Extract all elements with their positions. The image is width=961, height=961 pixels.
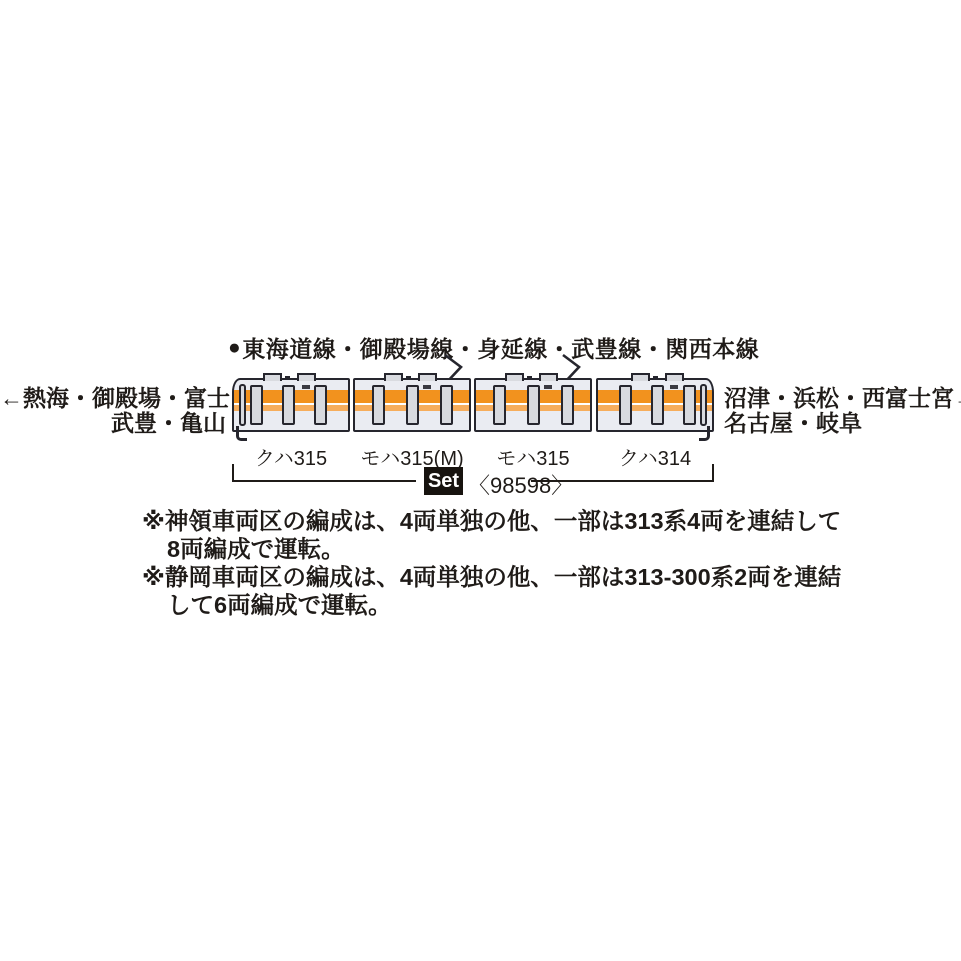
destinations-right-line1: 沼津・浜松・西富士宮→ (724, 386, 961, 411)
train-car-moha315m (353, 378, 471, 432)
train-car-kuha315 (232, 378, 350, 432)
door (282, 385, 295, 425)
roof-equipment (527, 376, 532, 380)
roof-equipment (406, 376, 411, 380)
car-label: クハ315 (230, 442, 352, 471)
car-label: モハ315 (472, 442, 594, 471)
car-label: クハ314 (594, 442, 716, 471)
roof-vent (384, 373, 403, 381)
destinations-right-line2: 名古屋・岐阜 (724, 411, 961, 436)
door (440, 385, 453, 425)
door (527, 385, 540, 425)
bullet-icon: ● (228, 336, 241, 360)
door (619, 385, 632, 425)
note-line: ※静岡車両区の編成は、4両単独の他、一部は313-300系2両を連結 (142, 563, 841, 591)
door (406, 385, 419, 425)
door (651, 385, 664, 425)
bracket-tick-right (712, 464, 714, 481)
roof-vent (418, 373, 437, 381)
note-line: ※神領車両区の編成は、4両単独の他、一部は313系4両を連結して (142, 507, 841, 535)
roof-equipment (653, 376, 658, 380)
notes-block: ※神領車両区の編成は、4両単独の他、一部は313系4両を連結して 8両編成で運転… (142, 507, 841, 619)
product-formation-diagram: ● 東海道線・御殿場線・身延線・武豊線・関西本線 ←熱海・御殿場・富士 武豊・亀… (0, 0, 961, 961)
set-number: 〈98598〉 (468, 469, 573, 500)
note-line: して6両編成で運転。 (142, 591, 841, 619)
roof-vent (263, 373, 282, 381)
roof-vent (631, 373, 650, 381)
door (372, 385, 385, 425)
train-car-kuha314 (596, 378, 714, 432)
set-badge: Set (424, 467, 463, 495)
destinations-left-line1: ←熱海・御殿場・富士 (0, 386, 226, 411)
cab-door (700, 384, 707, 426)
coupler (699, 426, 710, 441)
door (493, 385, 506, 425)
roof-vent (539, 373, 558, 381)
destinations-right: 沼津・浜松・西富士宮→ 名古屋・岐阜 (724, 386, 961, 436)
coupler (236, 426, 247, 441)
note-line: 8両編成で運転。 (142, 535, 841, 563)
door (314, 385, 327, 425)
bracket-line-left (232, 480, 416, 482)
door (250, 385, 263, 425)
destination-sign (544, 385, 552, 389)
roof-vent (665, 373, 684, 381)
destination-sign (670, 385, 678, 389)
roof-vent (297, 373, 316, 381)
roof-equipment (285, 376, 290, 380)
train-car-moha315 (474, 378, 592, 432)
destination-sign (423, 385, 431, 389)
destinations-left: ←熱海・御殿場・富士 武豊・亀山 (0, 386, 226, 436)
destinations-left-line2: 武豊・亀山 (0, 411, 226, 436)
lines-header: ● 東海道線・御殿場線・身延線・武豊線・関西本線 (228, 331, 759, 364)
destination-sign (302, 385, 310, 389)
door (683, 385, 696, 425)
cab-door (239, 384, 246, 426)
lines-title: 東海道線・御殿場線・身延線・武豊線・関西本線 (242, 331, 759, 364)
door (561, 385, 574, 425)
bracket-tick-left (232, 464, 234, 481)
roof-vent (505, 373, 524, 381)
